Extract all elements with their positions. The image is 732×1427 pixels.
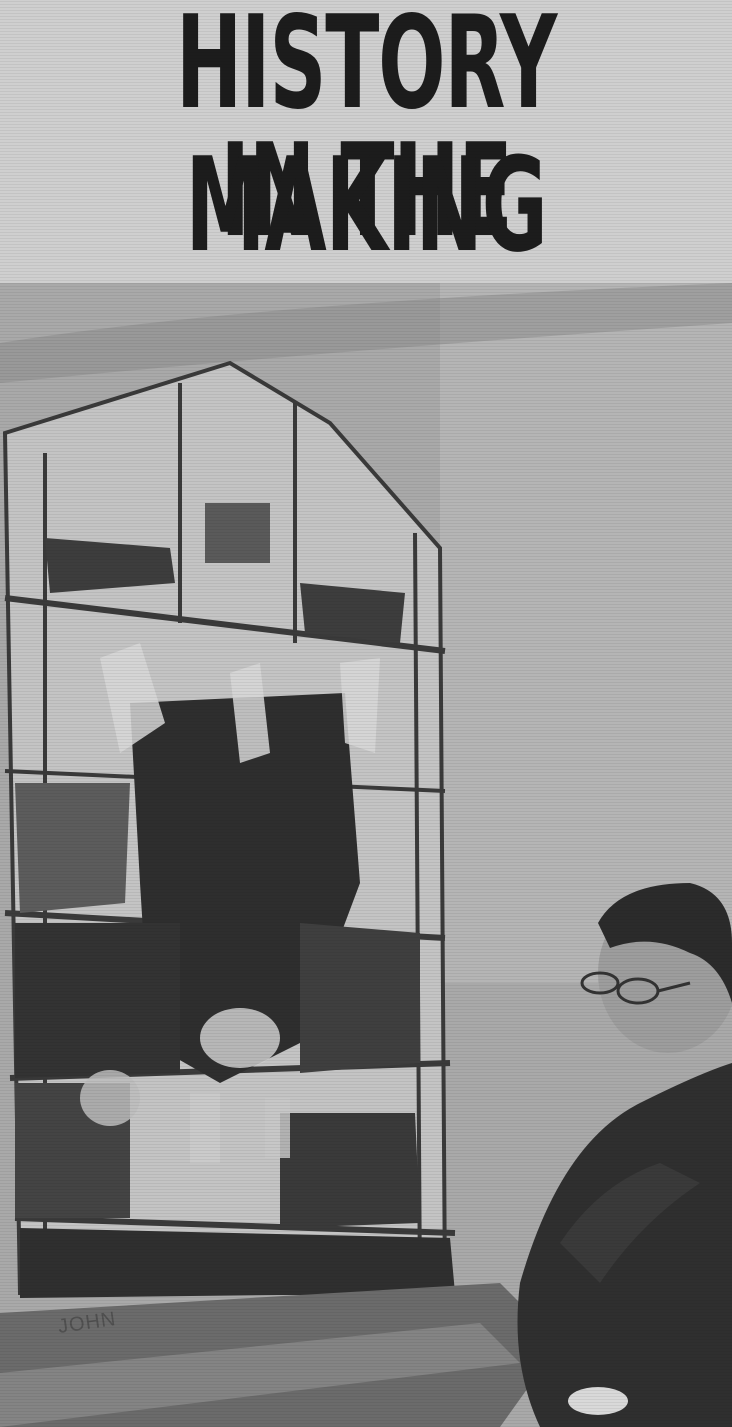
news-photo — [0, 283, 732, 1427]
newspaper-clipping: HISTORY IN THE MAKING — [0, 0, 732, 1427]
stained-glass-window-image — [0, 283, 732, 1427]
headline: HISTORY IN THE MAKING — [0, 0, 732, 285]
headline-line-2: MAKING — [139, 140, 593, 270]
